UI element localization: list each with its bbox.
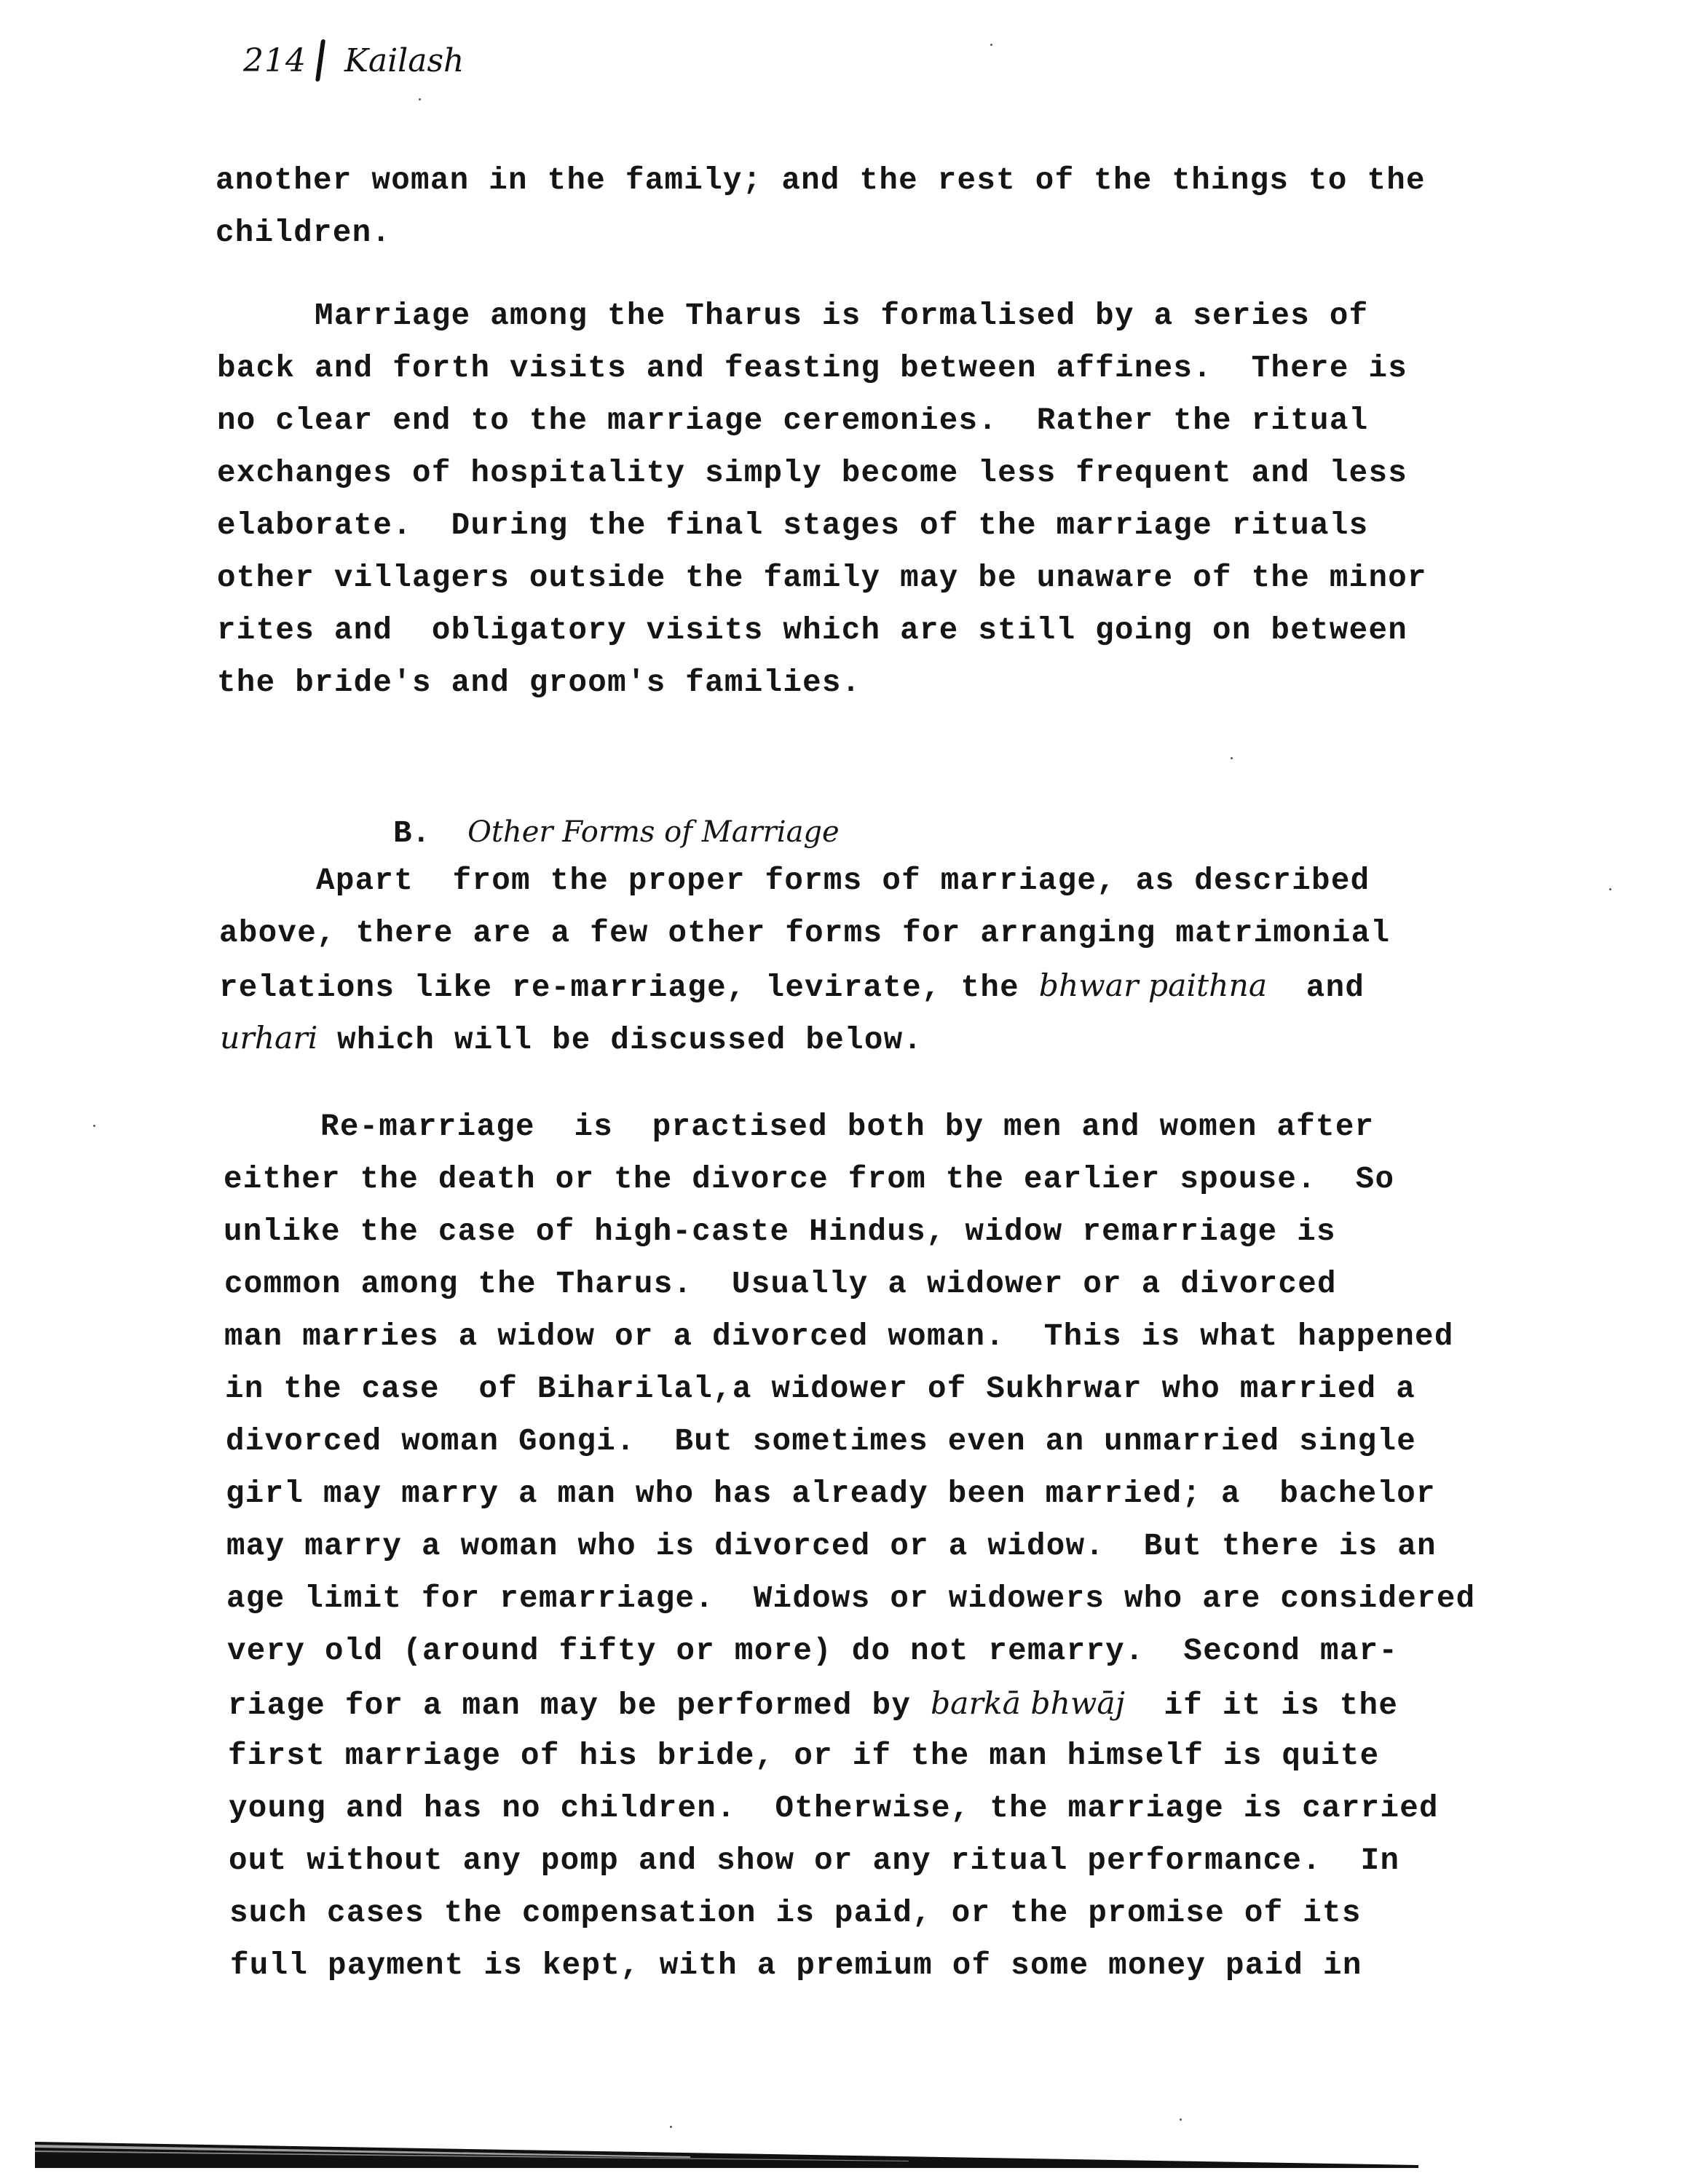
dust-speck <box>419 98 421 100</box>
text-run: in the case of Biharilal,a widower of Su… <box>225 1372 1415 1406</box>
text-run: either the death or the divorce from the… <box>224 1162 1394 1197</box>
text-run: young and has no children. Otherwise, th… <box>229 1791 1439 1826</box>
text-line: children. <box>216 215 391 250</box>
text-run: such cases the compensation is paid, or … <box>229 1896 1362 1931</box>
text-line: may marry a woman who is divorced or a w… <box>226 1529 1437 1564</box>
page-number: 214 <box>243 42 307 79</box>
italic-term: bhwar paithna <box>1039 968 1267 1004</box>
text-line: Apart from the proper forms of marriage,… <box>218 863 1370 898</box>
italic-term: urhari <box>220 1021 317 1056</box>
text-line: back and forth visits and feasting betwe… <box>217 351 1407 386</box>
text-line: in the case of Biharilal,a widower of Su… <box>225 1372 1415 1406</box>
text-run: girl may marry a man who has already bee… <box>226 1476 1436 1511</box>
text-run: Re-marriage is practised both by men and… <box>223 1109 1374 1144</box>
text-line: the bride's and groom's families. <box>217 665 861 700</box>
text-run: above, there are a few other forms for a… <box>219 916 1390 951</box>
dust-speck <box>990 44 992 46</box>
section-title: Other Forms of Marriage <box>467 815 840 849</box>
text-line: Marriage among the Tharus is formalised … <box>217 298 1368 333</box>
header-separator <box>315 39 325 82</box>
text-line: unlike the case of high-caste Hindus, wi… <box>224 1214 1336 1249</box>
scan-edge-artifact <box>35 2142 1418 2168</box>
dust-speck <box>93 1125 95 1127</box>
text-line: urhari which will be discussed below. <box>220 1021 923 1058</box>
text-run: riage for a man may be performed by <box>228 1688 931 1723</box>
italic-term: barkā bhwāj <box>931 1686 1125 1722</box>
text-run: full payment is kept, with a premium of … <box>230 1948 1362 1983</box>
dust-speck <box>1231 757 1233 759</box>
text-line: relations like re-marriage, levirate, th… <box>219 968 1365 1005</box>
text-line: elaborate. During the final stages of th… <box>217 508 1368 543</box>
text-line: common among the Tharus. Usually a widow… <box>224 1267 1337 1302</box>
text-run: Apart from the proper forms of marriage,… <box>218 863 1370 898</box>
text-line: either the death or the divorce from the… <box>224 1162 1394 1197</box>
section-label: B. <box>393 816 430 851</box>
text-line: full payment is kept, with a premium of … <box>230 1948 1362 1983</box>
text-line: out without any pomp and show or any rit… <box>229 1843 1399 1878</box>
text-line: such cases the compensation is paid, or … <box>229 1896 1362 1931</box>
text-run: divorced woman Gongi. But sometimes even… <box>226 1424 1416 1459</box>
dust-speck <box>670 2126 672 2128</box>
text-line: divorced woman Gongi. But sometimes even… <box>226 1424 1416 1459</box>
text-run: which will be discussed below. <box>317 1023 923 1058</box>
text-run: if it is the <box>1125 1688 1398 1723</box>
text-line: exchanges of hospitality simply become l… <box>217 456 1407 491</box>
text-run: first marriage of his bride, or if the m… <box>228 1738 1379 1773</box>
text-line: first marriage of his bride, or if the m… <box>228 1738 1379 1773</box>
text-line: no clear end to the marriage ceremonies.… <box>217 403 1368 438</box>
text-line: young and has no children. Otherwise, th… <box>229 1791 1439 1826</box>
text-run: relations like re-marriage, levirate, th… <box>219 970 1039 1005</box>
text-line: above, there are a few other forms for a… <box>219 916 1390 951</box>
text-run: unlike the case of high-caste Hindus, wi… <box>224 1214 1336 1249</box>
text-run: and <box>1267 970 1365 1005</box>
text-line: age limit for remarriage. Widows or wido… <box>226 1581 1475 1616</box>
text-line: other villagers outside the family may b… <box>217 561 1427 596</box>
dust-speck <box>1180 2118 1182 2121</box>
running-head: 214 Kailash <box>243 29 464 79</box>
text-line: Re-marriage is practised both by men and… <box>223 1109 1374 1144</box>
text-run: may marry a woman who is divorced or a w… <box>226 1529 1437 1564</box>
text-run: out without any pomp and show or any rit… <box>229 1843 1399 1878</box>
text-run: very old (around fifty or more) do not r… <box>227 1634 1398 1669</box>
text-line: rites and obligatory visits which are st… <box>217 613 1407 648</box>
text-line: girl may marry a man who has already bee… <box>226 1476 1436 1511</box>
text-line: man marries a widow or a divorced woman.… <box>224 1319 1454 1354</box>
text-run: age limit for remarriage. Widows or wido… <box>226 1581 1475 1616</box>
text-run: man marries a widow or a divorced woman.… <box>224 1319 1454 1354</box>
scanned-book-page: 214 Kailash another woman in the family;… <box>0 0 1690 2184</box>
dust-speck <box>1609 888 1611 890</box>
author-name: Kailash <box>344 42 464 79</box>
text-line: riage for a man may be performed by bark… <box>228 1686 1398 1723</box>
text-line: very old (around fifty or more) do not r… <box>227 1634 1398 1669</box>
text-line: another woman in the family; and the res… <box>216 163 1426 198</box>
text-run: common among the Tharus. Usually a widow… <box>224 1267 1337 1302</box>
